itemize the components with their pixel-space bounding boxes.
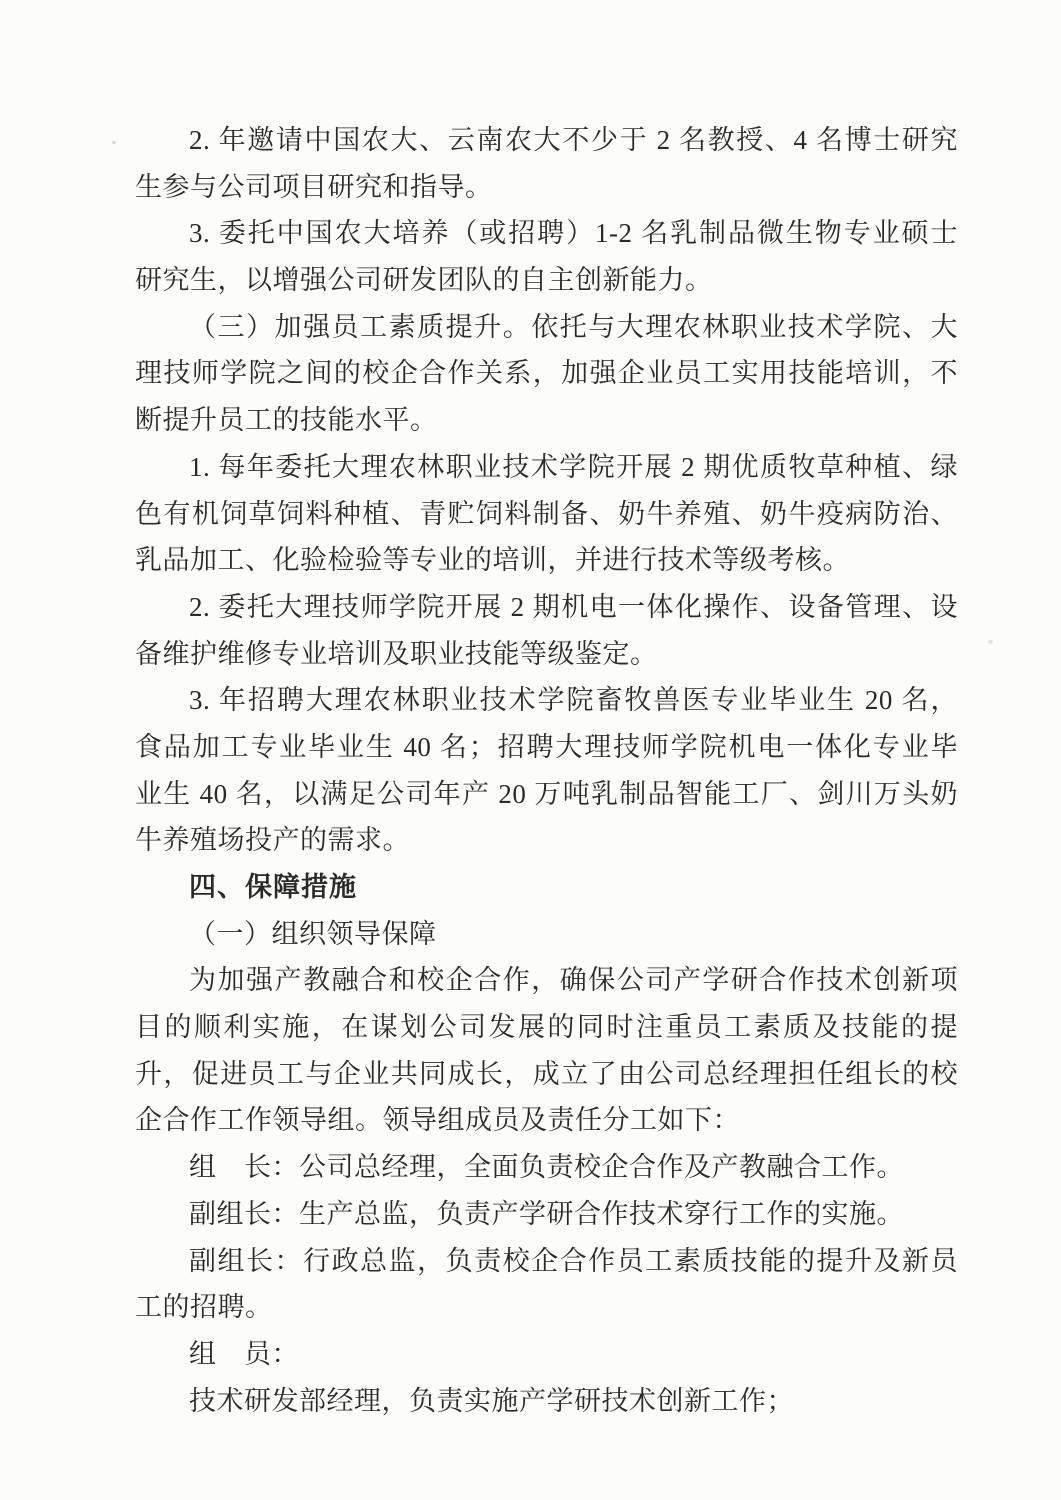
text-line: 副组长：行政总监，负责校企合作员工素质技能的提升及新员 (135, 1238, 958, 1285)
text-line: 为加强产教融合和校企合作，确保公司产学研合作技术创新项 (135, 957, 958, 1004)
text-line: 1. 每年委托大理农林职业技术学院开展 2 期优质牧草种植、绿 (135, 444, 958, 491)
text-line: （三）加强员工素质提升。依托与大理农林职业技术学院、大 (135, 304, 958, 351)
text-line: 断提升员工的技能水平。 (135, 397, 958, 444)
text-line: 生参与公司项目研究和指导。 (135, 164, 958, 211)
text-line: 3. 委托中国农大培养（或招聘）1-2 名乳制品微生物专业硕士 (135, 210, 958, 257)
document-body: 2. 年邀请中国农大、云南农大不少于 2 名教授、4 名博士研究生参与公司项目研… (135, 117, 958, 1424)
text-line: 升，促进员工与企业共同成长，成立了由公司总经理担任组长的校 (135, 1051, 958, 1098)
text-line: 3. 年招聘大理农林职业技术学院畜牧兽医专业毕业生 20 名， (135, 677, 958, 724)
text-line: 色有机饲草饲料种植、青贮饲料制备、奶牛养殖、奶牛疫病防治、 (135, 491, 958, 538)
scan-speck (112, 141, 116, 144)
text-line: 2. 年邀请中国农大、云南农大不少于 2 名教授、4 名博士研究 (135, 117, 958, 164)
text-line: 理技师学院之间的校企合作关系，加强企业员工实用技能培训，不 (135, 350, 958, 397)
text-line: 食品加工专业毕业生 40 名；招聘大理技师学院机电一体化专业毕 (135, 724, 958, 771)
text-line: 工的招聘。 (135, 1284, 958, 1331)
text-line: 备维护维修专业培训及职业技能等级鉴定。 (135, 631, 958, 678)
section-heading: 四、保障措施 (135, 864, 958, 911)
scan-speck (988, 640, 993, 644)
text-line: 目的顺利实施，在谋划公司发展的同时注重员工素质及技能的提 (135, 1004, 958, 1051)
text-line: 业生 40 名，以满足公司年产 20 万吨乳制品智能工厂、剑川万头奶 (135, 771, 958, 818)
text-line: 副组长：生产总监，负责产学研合作技术穿行工作的实施。 (135, 1191, 958, 1238)
text-line: 2. 委托大理技师学院开展 2 期机电一体化操作、设备管理、设 (135, 584, 958, 631)
text-line: 牛养殖场投产的需求。 (135, 817, 958, 864)
text-line: 乳品加工、化验检验等专业的培训，并进行技术等级考核。 (135, 537, 958, 584)
text-line: 研究生，以增强公司研发团队的自主创新能力。 (135, 257, 958, 304)
text-line: 组 员： (135, 1331, 958, 1378)
text-line: 企合作工作领导组。领导组成员及责任分工如下： (135, 1097, 958, 1144)
document-page: 2. 年邀请中国农大、云南农大不少于 2 名教授、4 名博士研究生参与公司项目研… (0, 0, 1061, 1500)
text-line: 技术研发部经理，负责实施产学研技术创新工作； (135, 1378, 958, 1425)
text-line: （一）组织领导保障 (135, 911, 958, 958)
text-line: 组 长：公司总经理，全面负责校企合作及产教融合工作。 (135, 1144, 958, 1191)
